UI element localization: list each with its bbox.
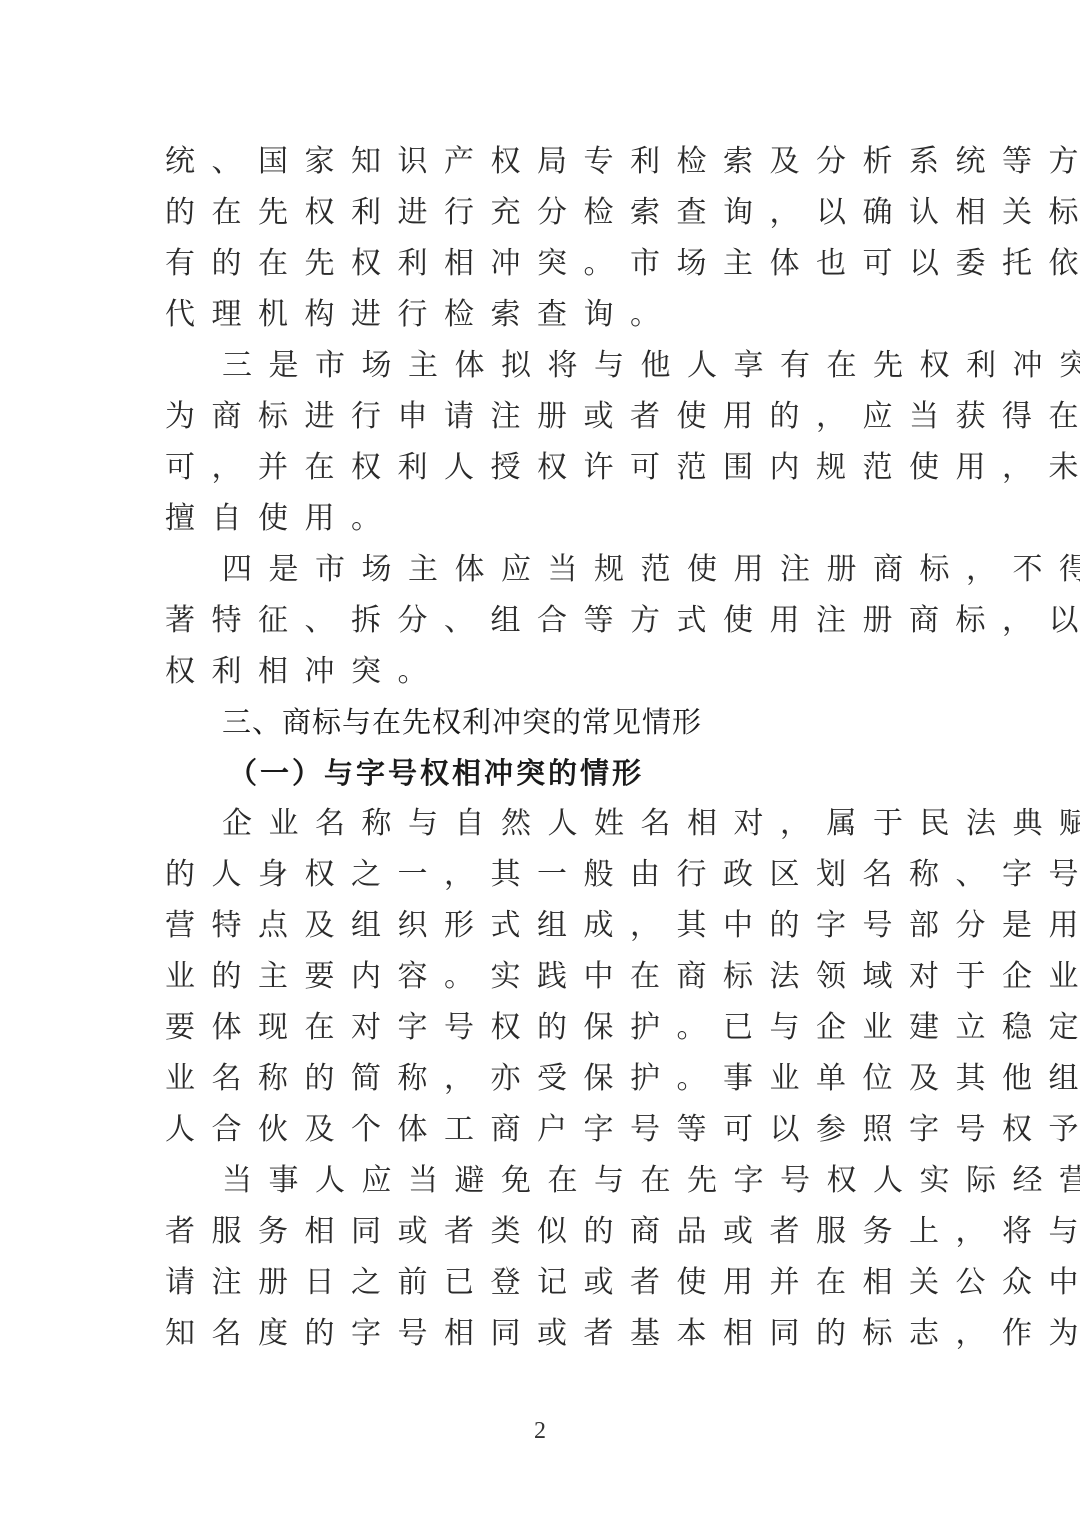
page-number: 2 [0,1418,1080,1445]
paragraph-line: 企业名称与自然人姓名相对，属于民法典赋予相关主体 [222,804,917,844]
paragraph-line: 的在先权利进行充分检索查询，以确认相关标志不与他人享 [165,193,917,233]
paragraph-line: 权利相冲突。 [165,652,917,692]
paragraph-line: 营特点及组织形式组成，其中的字号部分是用以区别不同企 [165,906,917,946]
paragraph-line: 请注册日之前已登记或者使用并在相关公众中已具有一定 [165,1263,917,1303]
paragraph-line: 四是市场主体应当规范使用注册商标，不得通过改变显 [222,550,917,590]
paragraph-line: 知名度的字号相同或者基本相同的标志，作为商标进行申请 [165,1314,917,1354]
paragraph-line: 擅自使用。 [165,499,917,539]
paragraph-line: 人合伙及个体工商户字号等可以参照字号权予以保护。 [165,1110,917,1150]
paragraph-line: 统、国家知识产权局专利检索及分析系统等方式对他人享有 [165,142,917,182]
paragraph-line: 业名称的简称，亦受保护。事业单位及其他组织的名称、个 [165,1059,917,1099]
paragraph-line: 的人身权之一，其一般由行政区划名称、字号、行业或者经 [165,855,917,895]
document-page: 统、国家知识产权局专利检索及分析系统等方式对他人享有 的在先权利进行充分检索查询… [0,0,1080,1526]
paragraph-line: 三是市场主体拟将与他人享有在先权利冲突的标志作 [222,346,917,386]
paragraph-line: 者服务相同或者类似的商品或者服务上，将与他人在商标申 [165,1212,917,1252]
paragraph-line: 为商标进行申请注册或者使用的，应当获得在先权利人的许 [165,397,917,437]
paragraph-line: 可，并在权利人授权许可范围内规范使用，未经许可，不得 [165,448,917,488]
paragraph-line: 著特征、拆分、组合等方式使用注册商标，以免与他人在先 [165,601,917,641]
paragraph-line: 业的主要内容。实践中在商标法领域对于企业名称的保护主 [165,957,917,997]
paragraph-line: 代理机构进行检索查询。 [165,295,917,335]
paragraph-line: 要体现在对字号权的保护。已与企业建立稳定对应关系的企 [165,1008,917,1048]
paragraph-line: 有的在先权利相冲突。市场主体也可以委托依法设立的商标 [165,244,917,284]
paragraph-line: 当事人应当避免在与在先字号权人实际经营的商品或 [222,1161,917,1201]
section-heading: 三、商标与在先权利冲突的常见情形 [222,702,702,742]
subsection-heading: （一）与字号权相冲突的情形 [228,753,644,793]
